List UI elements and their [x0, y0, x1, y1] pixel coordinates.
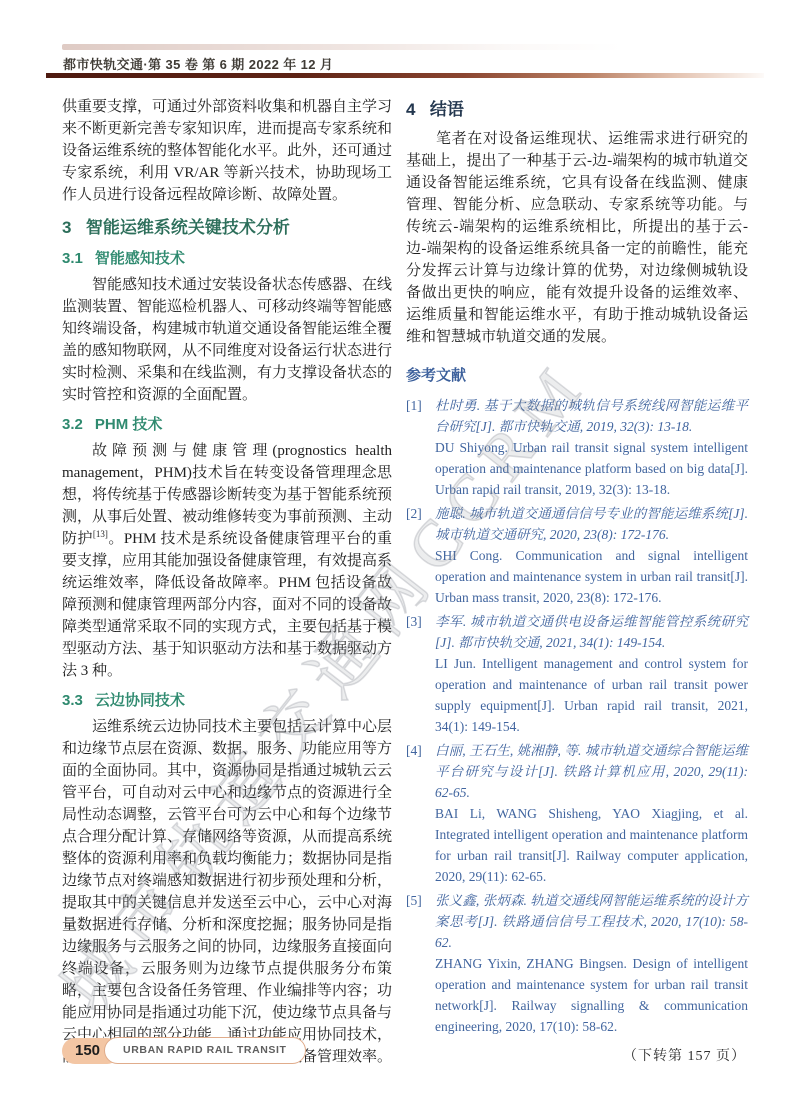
reference-item: [4] 白丽, 王石生, 姚湘静, 等. 城市轨道交通综合智能运维平台研究与设计…: [406, 740, 748, 887]
section-3-number: 3: [62, 218, 71, 237]
reference-zh: 李军. 城市轨道交通供电设备运维智能管控系统研究[J]. 都市快轨交通, 202…: [435, 611, 748, 653]
phm-text-post: 。PHM 技术是系统设备健康管理平台的重要支撑，应用其能加强设备健康管理，有效提…: [62, 531, 392, 679]
header-gradient-rule: [46, 73, 764, 78]
reference-marker: [5]: [406, 890, 422, 911]
reference-zh: 杜时勇. 基于大数据的城轨信号系统线网智能运维平台研究[J]. 都市快轨交通, …: [435, 395, 748, 437]
references-heading: 参考文献: [406, 364, 748, 385]
reference-en: SHI Cong. Communication and signal intel…: [435, 545, 748, 608]
conclusion-paragraph: 笔者在对设备运维现状、运维需求进行研究的基础上，提出了一种基于云-边-端架构的城…: [406, 128, 748, 348]
section-3-3-title: 云边协同技术: [95, 692, 185, 709]
section-4-number: 4: [406, 100, 415, 119]
section-3-3-number: 3.3: [62, 692, 83, 709]
right-column: 4结语 笔者在对设备运维现状、运维需求进行研究的基础上，提出了一种基于云-边-端…: [406, 96, 748, 1068]
section-3-3-paragraph: 运维系统云边协同技术主要包括云计算中心层和边缘节点层在资源、数据、服务、功能应用…: [62, 716, 392, 1068]
section-3-1-title: 智能感知技术: [95, 250, 185, 267]
reference-zh: 施聪. 城市轨道交通通信信号专业的智能运维系统[J]. 城市轨道交通研究, 20…: [435, 503, 748, 545]
reference-en: ZHANG Yixin, ZHANG Bingsen. Design of in…: [435, 953, 748, 1037]
section-3-1-number: 3.1: [62, 250, 83, 267]
page-content: 供重要支撑，可通过外部资料收集和机器自主学习来不断更新完善专家知识库，进而提高专…: [62, 96, 748, 1068]
section-3-heading: 3智能运维系统关键技术分析: [62, 216, 392, 240]
reference-item: [3] 李军. 城市轨道交通供电设备运维智能管控系统研究[J]. 都市快轨交通,…: [406, 611, 748, 737]
section-4-heading: 4结语: [406, 98, 748, 122]
section-3-3-heading: 3.3云边协同技术: [62, 690, 392, 712]
reference-marker: [4]: [406, 740, 422, 761]
reference-marker: [1]: [406, 395, 422, 416]
reference-item: [5] 张义鑫, 张炳森. 轨道交通线网智能运维系统的设计方案思考[J]. 铁路…: [406, 890, 748, 1037]
journal-header: 都市快轨交通·第 35 卷 第 6 期 2022 年 12 月: [63, 54, 333, 73]
citation-13: [13]: [93, 529, 108, 539]
section-3-2-title: PHM 技术: [95, 416, 163, 433]
reference-zh: 张义鑫, 张炳森. 轨道交通线网智能运维系统的设计方案思考[J]. 铁路通信信号…: [435, 890, 748, 953]
section-3-2-heading: 3.2PHM 技术: [62, 414, 392, 436]
top-gradient-strip: [62, 44, 622, 50]
reference-en: LI Jun. Intelligent management and contr…: [435, 653, 748, 737]
reference-item: [2] 施聪. 城市轨道交通通信信号专业的智能运维系统[J]. 城市轨道交通研究…: [406, 503, 748, 608]
journal-name-pill: URBAN RAPID RAIL TRANSIT: [104, 1037, 306, 1064]
section-3-2-number: 3.2: [62, 416, 83, 433]
reference-marker: [2]: [406, 503, 422, 524]
left-column: 供重要支撑，可通过外部资料收集和机器自主学习来不断更新完善专家知识库，进而提高专…: [62, 96, 392, 1068]
reference-en: DU Shiyong. Urban rail transit signal sy…: [435, 437, 748, 500]
section-3-1-paragraph: 智能感知技术通过安装设备状态传感器、在线监测装置、智能巡检机器人、可移动终端等智…: [62, 274, 392, 406]
reference-item: [1] 杜时勇. 基于大数据的城轨信号系统线网智能运维平台研究[J]. 都市快轨…: [406, 395, 748, 500]
journal-page: 都市快轨交通·第 35 卷 第 6 期 2022 年 12 月 供重要支撑，可通…: [0, 0, 800, 1095]
section-3-title: 智能运维系统关键技术分析: [86, 218, 290, 237]
section-3-2-paragraph: 故障预测与健康管理(prognostics health management，…: [62, 440, 392, 682]
reference-marker: [3]: [406, 611, 422, 632]
reference-en: BAI Li, WANG Shisheng, YAO Xiagjing, et …: [435, 803, 748, 887]
section-3-1-heading: 3.1智能感知技术: [62, 248, 392, 270]
reference-zh: 白丽, 王石生, 姚湘静, 等. 城市轨道交通综合智能运维平台研究与设计[J].…: [435, 740, 748, 803]
page-footer: 150 URBAN RAPID RAIL TRANSIT: [62, 1037, 306, 1064]
intro-paragraph: 供重要支撑，可通过外部资料收集和机器自主学习来不断更新完善专家知识库，进而提高专…: [62, 96, 392, 206]
continuation-note: （下转第 157 页）: [406, 1045, 746, 1065]
section-4-title: 结语: [430, 100, 464, 119]
